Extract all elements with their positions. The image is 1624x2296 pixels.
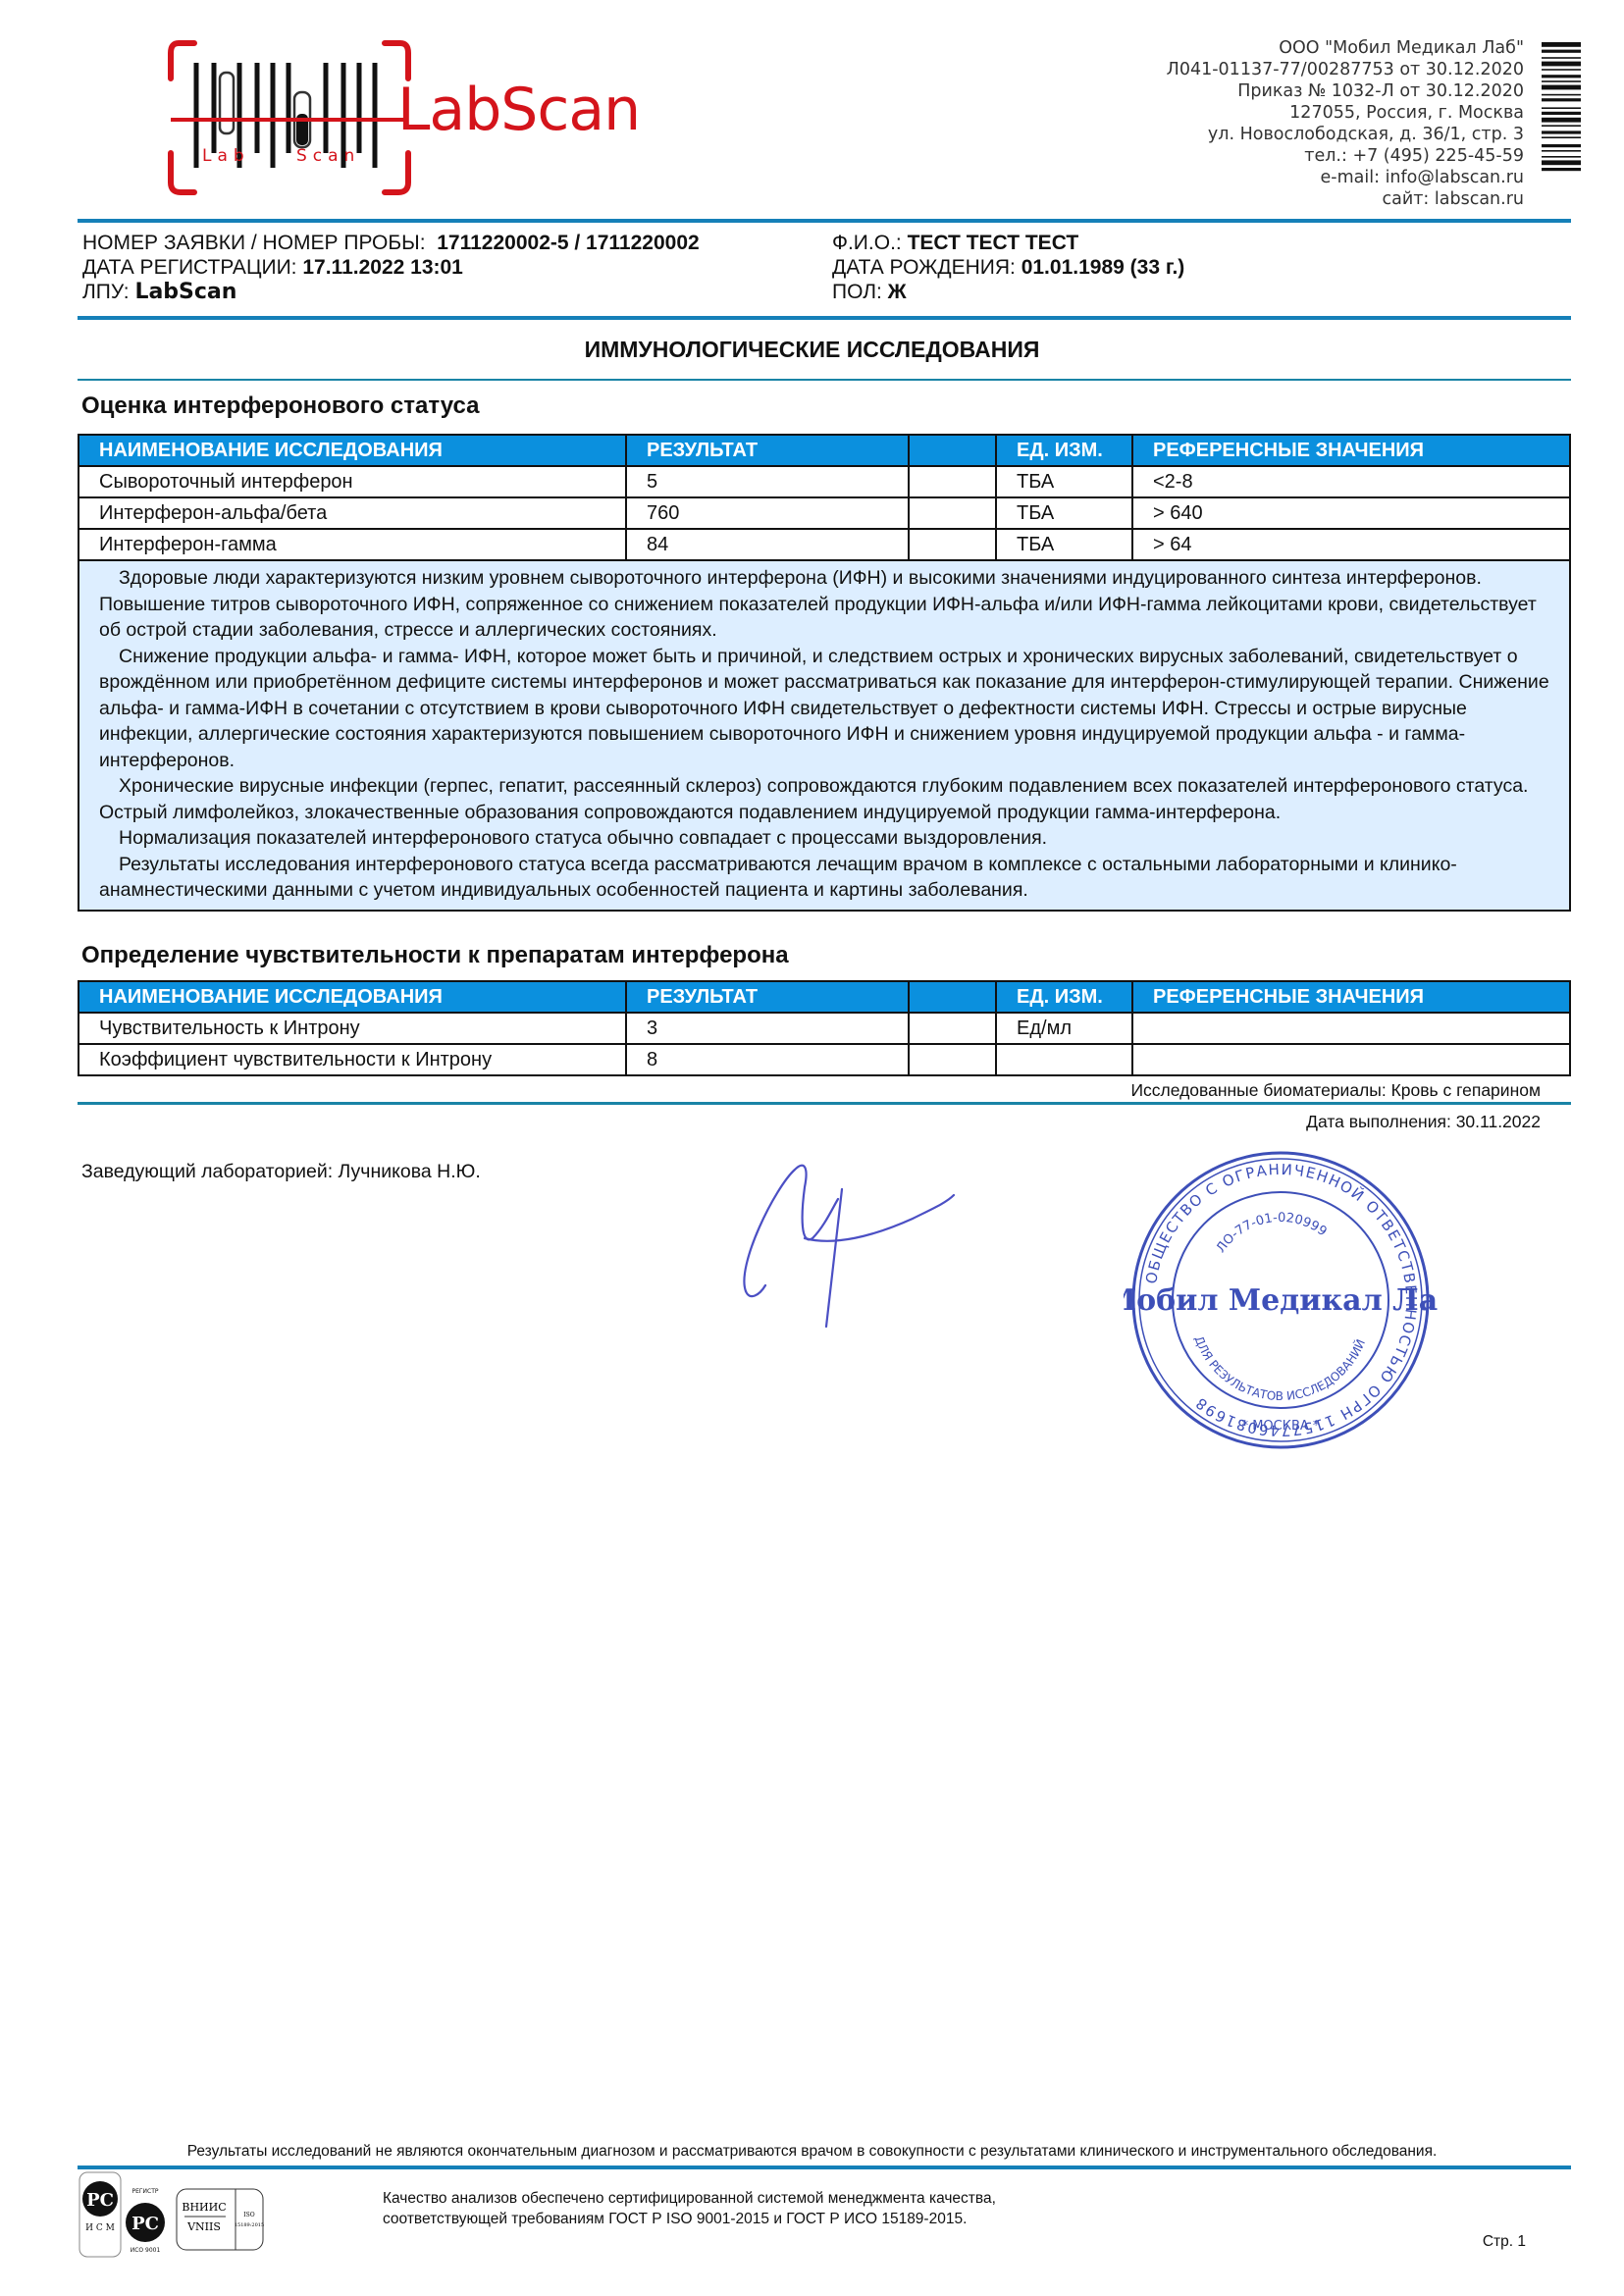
divider — [78, 316, 1571, 320]
section-title-interferon-status: Оценка интерферонового статуса — [81, 392, 479, 420]
test-reference — [1132, 1044, 1570, 1075]
test-result: 84 — [626, 529, 909, 560]
test-name: Чувствительность к Интрону — [79, 1013, 626, 1044]
barcode-icon — [1542, 42, 1581, 211]
signature-image — [736, 1148, 1040, 1344]
test-flag — [909, 529, 996, 560]
table-header-row: НАИМЕНОВАНИЕ ИССЛЕДОВАНИЯ РЕЗУЛЬТАТ ЕД. … — [79, 981, 1570, 1013]
sex-value: Ж — [888, 281, 907, 303]
company-city: 127055, Россия, г. Москва — [1167, 102, 1524, 124]
certification-logos: РС И С М РС РЕГИСТР ИСО 9001 ВНИИС VNIIS… — [79, 2171, 353, 2260]
section-title-interferon-sensitivity: Определение чувствительности к препарата… — [81, 942, 789, 969]
svg-text:Lab: Lab — [202, 146, 250, 166]
svg-text:ДЛЯ РЕЗУЛЬТАТОВ ИССЛЕДОВАНИЙ: ДЛЯ РЕЗУЛЬТАТОВ ИССЛЕДОВАНИЙ — [1192, 1334, 1368, 1404]
quality-line: Качество анализов обеспечено сертифициро… — [383, 2188, 996, 2209]
svg-text:15189:2015: 15189:2015 — [235, 2222, 264, 2228]
rst-iso9001-icon: РС РЕГИСТР ИСО 9001 — [126, 2188, 165, 2254]
table-row: Сывороточный интерферон 5 ТБА <2-8 — [79, 466, 1570, 497]
col-unit: ЕД. ИЗМ. — [996, 981, 1132, 1013]
table-row: Коэффициент чувствительности к Интрону 8 — [79, 1044, 1570, 1075]
company-stamp: ОБЩЕСТВО С ОГРАНИЧЕННОЙ ОТВЕТСТВЕННОСТЬЮ… — [1124, 1143, 1438, 1457]
col-result: РЕЗУЛЬТАТ — [626, 435, 909, 466]
test-name: Сывороточный интерферон — [79, 466, 626, 497]
col-test-name: НАИМЕНОВАНИЕ ИССЛЕДОВАНИЯ — [79, 435, 626, 466]
logo-wordmark: LabScan — [397, 80, 640, 139]
page-title: ИММУНОЛОГИЧЕСКИЕ ИССЛЕДОВАНИЯ — [0, 337, 1624, 363]
quality-statement: Качество анализов обеспечено сертифициро… — [383, 2188, 996, 2229]
company-info: ООО "Мобил Медикал Лаб" Л041-01137-77/00… — [1167, 37, 1524, 210]
registration-value: 17.11.2022 13:01 — [302, 256, 463, 279]
interferon-sensitivity-table: НАИМЕНОВАНИЕ ИССЛЕДОВАНИЯ РЕЗУЛЬТАТ ЕД. … — [78, 980, 1571, 1076]
interpretation-row: Здоровые люди характеризуются низким уро… — [79, 560, 1570, 911]
company-order: Приказ № 1032-Л от 30.12.2020 — [1167, 80, 1524, 102]
company-license: Л041-01137-77/00287753 от 30.12.2020 — [1167, 59, 1524, 80]
svg-text:И С М: И С М — [85, 2223, 115, 2233]
divider — [78, 1102, 1571, 1105]
test-unit: ТБА — [996, 529, 1132, 560]
company-phone: тел.: +7 (495) 225-45-59 — [1167, 145, 1524, 167]
svg-text:ЛО-77-01-020999: ЛО-77-01-020999 — [1214, 1211, 1330, 1256]
svg-text:РС: РС — [86, 2190, 114, 2211]
interpretation-note: Здоровые люди характеризуются низким уро… — [79, 560, 1570, 911]
completion-date: Дата выполнения: 30.11.2022 — [1306, 1112, 1541, 1132]
test-reference — [1132, 1013, 1570, 1044]
test-unit — [996, 1044, 1132, 1075]
col-result: РЕЗУЛЬТАТ — [626, 981, 909, 1013]
test-flag — [909, 497, 996, 529]
col-reference: РЕФЕРЕНСНЫЕ ЗНАЧЕНИЯ — [1132, 435, 1570, 466]
test-result: 8 — [626, 1044, 909, 1075]
table-header-row: НАИМЕНОВАНИЕ ИССЛЕДОВАНИЯ РЕЗУЛЬТАТ ЕД. … — [79, 435, 1570, 466]
test-flag — [909, 1044, 996, 1075]
registration-label: ДАТА РЕГИСТРАЦИИ: — [82, 256, 297, 279]
divider — [78, 219, 1571, 223]
order-info: НОМЕР ЗАЯВКИ / НОМЕР ПРОБЫ: 1711220002-5… — [82, 231, 700, 304]
svg-text:«Мобил Медикал Лаб»: «Мобил Медикал Лаб» — [1124, 1283, 1438, 1318]
vniis-icon: ВНИИС VNIIS ISO 15189:2015 — [177, 2189, 264, 2250]
divider — [78, 379, 1571, 381]
svg-text:РС: РС — [131, 2214, 159, 2234]
svg-text:VNIIS: VNIIS — [186, 2220, 221, 2233]
company-email: e-mail: info@labscan.ru — [1167, 167, 1524, 188]
table-row: Интерферон-альфа/бета 760 ТБА > 640 — [79, 497, 1570, 529]
patient-name-value: ТЕСТ ТЕСТ ТЕСТ — [908, 232, 1079, 254]
quality-line: соответствующей требованиям ГОСТ Р ISO 9… — [383, 2209, 996, 2229]
test-reference: > 640 — [1132, 497, 1570, 529]
test-unit: ТБА — [996, 497, 1132, 529]
test-flag — [909, 466, 996, 497]
test-reference: > 64 — [1132, 529, 1570, 560]
divider — [78, 2166, 1571, 2169]
test-name: Коэффициент чувствительности к Интрону — [79, 1044, 626, 1075]
test-result: 760 — [626, 497, 909, 529]
test-name: Интерферон-альфа/бета — [79, 497, 626, 529]
company-site: сайт: labscan.ru — [1167, 188, 1524, 210]
sex-label: ПОЛ: — [832, 281, 882, 303]
col-flag — [909, 981, 996, 1013]
test-result: 3 — [626, 1013, 909, 1044]
disclaimer: Результаты исследований не являются окон… — [0, 2143, 1624, 2161]
dob-value: 01.01.1989 (33 г.) — [1022, 256, 1185, 279]
lpu-value: LabScan — [134, 280, 236, 304]
biomaterial-note: Исследованные биоматериалы: Кровь с гепа… — [1130, 1080, 1541, 1101]
note-paragraph: Снижение продукции альфа- и гамма- ИФН, … — [99, 644, 1549, 774]
lab-head: Заведующий лабораторией: Лучникова Н.Ю. — [81, 1161, 481, 1183]
interferon-status-table: НАИМЕНОВАНИЕ ИССЛЕДОВАНИЯ РЕЗУЛЬТАТ ЕД. … — [78, 434, 1571, 912]
order-label: НОМЕР ЗАЯВКИ / НОМЕР ПРОБЫ: — [82, 232, 426, 254]
test-result: 5 — [626, 466, 909, 497]
test-unit: ТБА — [996, 466, 1132, 497]
table-row: Чувствительность к Интрону 3 Ед/мл — [79, 1013, 1570, 1044]
test-name: Интерферон-гамма — [79, 529, 626, 560]
page-number: Стр. 1 — [1483, 2233, 1526, 2251]
note-paragraph: Хронические вирусные инфекции (герпес, г… — [99, 773, 1549, 825]
lpu-label: ЛПУ: — [82, 281, 130, 303]
svg-text:РЕГИСТР: РЕГИСТР — [131, 2188, 158, 2195]
note-paragraph: Результаты исследования интерферонового … — [99, 852, 1549, 904]
patient-name-label: Ф.И.О.: — [832, 232, 902, 254]
test-flag — [909, 1013, 996, 1044]
rst-ism-icon: РС И С М — [79, 2172, 121, 2257]
test-reference: <2-8 — [1132, 466, 1570, 497]
note-paragraph: Нормализация показателей интерферонового… — [99, 825, 1549, 852]
svg-text:Scan: Scan — [296, 146, 360, 166]
col-reference: РЕФЕРЕНСНЫЕ ЗНАЧЕНИЯ — [1132, 981, 1570, 1013]
col-unit: ЕД. ИЗМ. — [996, 435, 1132, 466]
svg-text:* МОСКВА *: * МОСКВА * — [1242, 1419, 1320, 1434]
table-row: Интерферон-гамма 84 ТБА > 64 — [79, 529, 1570, 560]
patient-info: Ф.И.О.: ТЕСТ ТЕСТ ТЕСТ ДАТА РОЖДЕНИЯ: 01… — [832, 231, 1184, 304]
test-unit: Ед/мл — [996, 1013, 1132, 1044]
company-street: ул. Новослободская, д. 36/1, стр. 3 — [1167, 124, 1524, 145]
note-paragraph: Здоровые люди характеризуются низким уро… — [99, 565, 1549, 644]
order-value: 1711220002-5 / 1711220002 — [437, 232, 699, 254]
svg-text:ВНИИС: ВНИИС — [182, 2201, 226, 2214]
col-test-name: НАИМЕНОВАНИЕ ИССЛЕДОВАНИЯ — [79, 981, 626, 1013]
col-flag — [909, 435, 996, 466]
svg-text:ISO: ISO — [243, 2212, 254, 2218]
company-name: ООО "Мобил Медикал Лаб" — [1167, 37, 1524, 59]
dob-label: ДАТА РОЖДЕНИЯ: — [832, 256, 1016, 279]
svg-text:ИСО 9001: ИСО 9001 — [131, 2247, 161, 2254]
